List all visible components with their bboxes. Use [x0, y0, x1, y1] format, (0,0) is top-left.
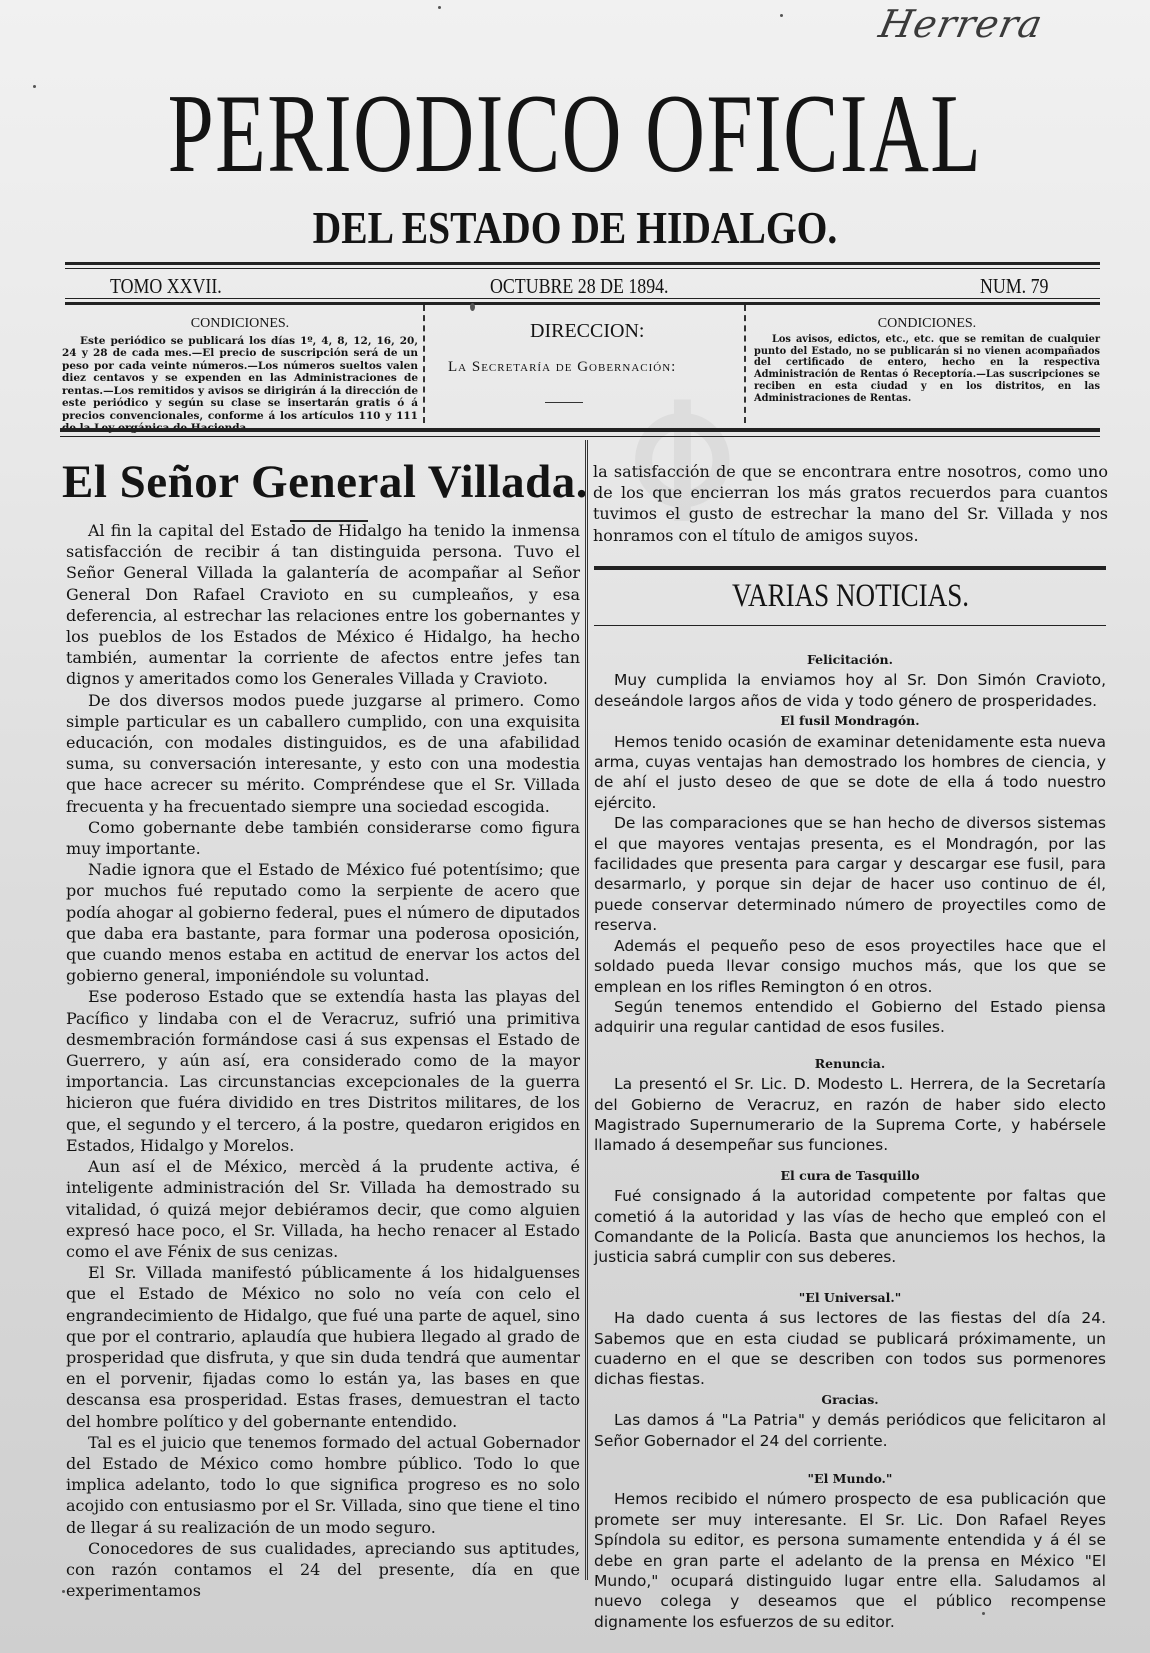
print-speck: [438, 6, 441, 9]
print-speck: [780, 14, 783, 17]
article-paragraph: Aun así el de México, mercèd á la pruden…: [66, 1156, 580, 1262]
masthead-rule-top-thin: [65, 268, 1100, 269]
conditions-right-text: Los avisos, edictos, etc., etc. que se r…: [754, 334, 1100, 405]
header-separator-thick: [60, 428, 1100, 432]
issue-number: NUM. 79: [980, 274, 1048, 299]
article-paragraph: De dos diversos modos puede juzgarse al …: [66, 690, 580, 817]
article-body: Al fin la capital del Estado de Hidalgo …: [66, 520, 580, 1601]
conditions-left-heading: CONDICIONES.: [62, 318, 418, 331]
dateline: TOMO XXVII. OCTUBRE 28 DE 1894. NUM. 79: [110, 274, 1070, 300]
header-separator-thin: [60, 436, 1100, 437]
newspaper-page: ⌀ Herrera PERIODICO OFICIAL DEL ESTADO D…: [0, 0, 1150, 1653]
print-speck: [33, 85, 36, 88]
conditions-right-box: CONDICIONES. Los avisos, edictos, etc., …: [754, 318, 1100, 405]
article-paragraph: Conocedores de sus cualidades, apreciand…: [66, 1538, 580, 1602]
news-heading: "El Universal.": [594, 1288, 1106, 1308]
masthead-rule-top: [65, 262, 1100, 265]
article-paragraph: Tal es el juicio que tenemos formado del…: [66, 1432, 580, 1538]
article-paragraph: Nadie ignora que el Estado de México fué…: [66, 859, 580, 986]
brace-divider-right: [744, 305, 746, 423]
news-item-fusil-mondragon: El fusil Mondragón. Hemos tenido ocasión…: [594, 711, 1106, 1038]
direccion-dash: [545, 402, 583, 403]
article-paragraph: Ese poderoso Estado que se extendía hast…: [66, 986, 580, 1156]
news-paragraph: Fué consignado á la autoridad competente…: [594, 1186, 1106, 1268]
news-heading: Renuncia.: [594, 1054, 1106, 1074]
news-heading: El fusil Mondragón.: [594, 711, 1106, 731]
varias-noticias-title: VARIAS NOTICIAS.: [639, 578, 1061, 615]
news-paragraph: Hemos tenido ocasión de examinar detenid…: [594, 732, 1106, 814]
news-item-felicitacion: Felicitación. Muy cumplida la enviamos h…: [594, 650, 1106, 711]
brace-divider-left: [423, 305, 425, 423]
article-paragraph: Como gobernante debe también considerars…: [66, 817, 580, 859]
news-item-cura-tasquillo: El cura de Tasquillo Fué consignado á la…: [594, 1166, 1106, 1268]
article-headline: El Señor General Villada.: [62, 455, 588, 509]
section-rule-top: [594, 566, 1106, 570]
news-paragraph: Ha dado cuenta á sus lectores de las fie…: [594, 1308, 1106, 1390]
news-item-el-mundo: "El Mundo." Hemos recibido el número pro…: [594, 1469, 1106, 1632]
article-continuation: la satisfacción de que se encontrara ent…: [593, 461, 1108, 546]
news-paragraph: Las damos á "La Patria" y demás periódic…: [594, 1410, 1106, 1451]
news-heading: "El Mundo.": [594, 1469, 1106, 1489]
direccion-body: La Secretaría de Gobernación:: [448, 359, 676, 376]
conditions-right-heading: CONDICIONES.: [754, 318, 1100, 330]
newspaper-title: PERIODICO OFICIAL: [150, 78, 1001, 190]
section-rule-bottom: [594, 625, 1106, 626]
news-paragraph: Además el pequeño peso de esos proyectil…: [594, 936, 1106, 997]
dateline-rule-thin: [65, 298, 1100, 299]
news-item-el-universal: "El Universal." Ha dado cuenta á sus lec…: [594, 1288, 1106, 1390]
news-paragraph: La presentó el Sr. Lic. D. Modesto L. He…: [594, 1074, 1106, 1156]
print-speck: [982, 1612, 985, 1615]
conditions-left-text: Este periódico se publicará los días 1º,…: [62, 335, 418, 435]
newspaper-subtitle: DEL ESTADO DE HIDALGO.: [81, 205, 1070, 251]
news-heading: Felicitación.: [594, 650, 1106, 670]
news-paragraph: Hemos recibido el número prospecto de es…: [594, 1489, 1106, 1632]
news-item-gracias: Gracias. Las damos á "La Patria" y demás…: [594, 1390, 1106, 1451]
volume-number: TOMO XXVII.: [110, 274, 222, 299]
article-paragraph: Al fin la capital del Estado de Hidalgo …: [66, 520, 580, 690]
news-paragraph: Según tenemos entendido el Gobierno del …: [594, 997, 1106, 1038]
column-divider: [585, 440, 588, 1580]
print-speck: [470, 303, 475, 311]
dateline-rule: [65, 302, 1100, 305]
article-continuation-text: la satisfacción de que se encontrara ent…: [593, 461, 1108, 546]
handwritten-annotation: Herrera: [875, 2, 1047, 46]
issue-date: OCTUBRE 28 DE 1894.: [490, 274, 669, 299]
news-paragraph: Muy cumplida la enviamos hoy al Sr. Don …: [594, 670, 1106, 711]
conditions-left-box: CONDICIONES. Este periódico se publicará…: [62, 318, 418, 435]
news-paragraph: De las comparaciones que se han hecho de…: [594, 813, 1106, 935]
news-heading: El cura de Tasquillo: [594, 1166, 1106, 1186]
print-speck: [62, 1590, 65, 1593]
article-paragraph: El Sr. Villada manifestó públicamente á …: [66, 1262, 580, 1432]
news-heading: Gracias.: [594, 1390, 1106, 1410]
news-list: Felicitación. Muy cumplida la enviamos h…: [594, 650, 1106, 1632]
news-item-renuncia: Renuncia. La presentó el Sr. Lic. D. Mod…: [594, 1054, 1106, 1156]
direccion-heading: DIRECCION:: [530, 320, 644, 343]
